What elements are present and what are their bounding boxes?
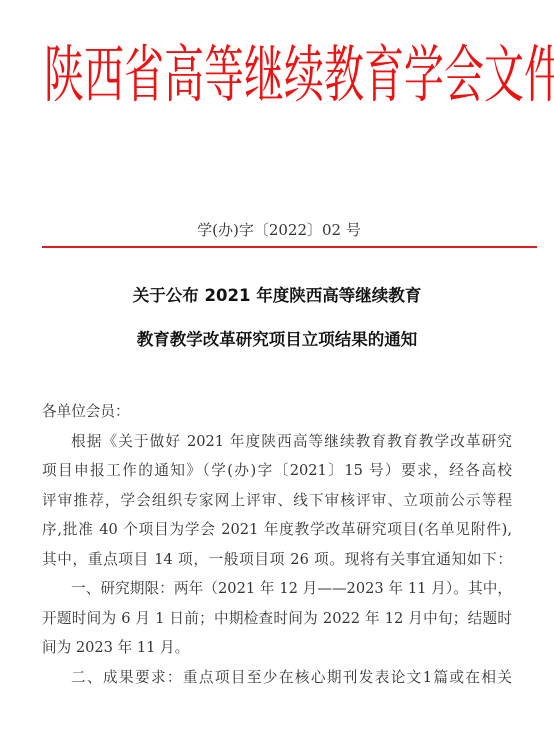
header-char: 等 — [204, 45, 244, 107]
header-char: 教 — [324, 45, 364, 107]
header-char: 文 — [484, 45, 524, 107]
paragraph-3-line-1: 二、成果要求：重点项目至少在核心期刊发表论文1篇或在相关 — [42, 663, 512, 693]
paragraph-2-line-3: 间为 2023 年 11 月。 — [42, 633, 512, 663]
header-char: 学 — [404, 45, 444, 107]
paragraph-1-line-5: 其中，重点项目 14 项，一般项目项 26 项。现将有关事宜通知如下： — [42, 545, 512, 575]
header-char: 西 — [84, 45, 124, 107]
notice-title-line-2: 教育教学改革研究项目立项结果的通知 — [0, 326, 554, 350]
header-char: 续 — [284, 45, 324, 107]
document-number: 学(办)字〔2022〕02 号 — [0, 219, 554, 240]
salutation: 各单位会员： — [42, 397, 512, 427]
document-header-title: 陕 西 省 高 等 继 续 教 育 学 会 文 件 — [44, 38, 532, 114]
header-char: 继 — [244, 45, 284, 107]
header-char: 省 — [124, 45, 164, 107]
paragraph-1-line-1: 根据《关于做好 2021 年度陕西高等继续教育教育教学改革研究 — [42, 427, 512, 457]
paragraph-2-line-1: 一、研究期限：两年（2021 年 12 月——2023 年 11 月）。其中， — [42, 574, 512, 604]
paragraph-2-line-2: 开题时间为 6 月 1 日前；中期检查时间为 2022 年 12 月中旬；结题时 — [42, 604, 512, 634]
header-char: 件 — [524, 45, 554, 107]
header-char: 会 — [444, 45, 484, 107]
header-char: 育 — [364, 45, 404, 107]
header-char: 陕 — [44, 45, 84, 107]
paragraph-1-line-4: 序,批准 40 个项目为学会 2021 年度教学改革研究项目(名单见附件), — [42, 515, 512, 545]
paragraph-1-line-2: 项目申报工作的通知》（学(办)字〔2021〕15 号）要求，经各高校 — [42, 456, 512, 486]
notice-title-line-1: 关于公布 2021 年度陕西高等继续教育 — [0, 282, 554, 306]
red-divider-line — [42, 246, 537, 248]
paragraph-1-line-3: 评审推荐，学会组织专家网上评审、线下审核评审、立项前公示等程 — [42, 486, 512, 516]
notice-body: 各单位会员： 根据《关于做好 2021 年度陕西高等继续教育教育教学改革研究 项… — [42, 397, 512, 692]
header-char: 高 — [164, 45, 204, 107]
